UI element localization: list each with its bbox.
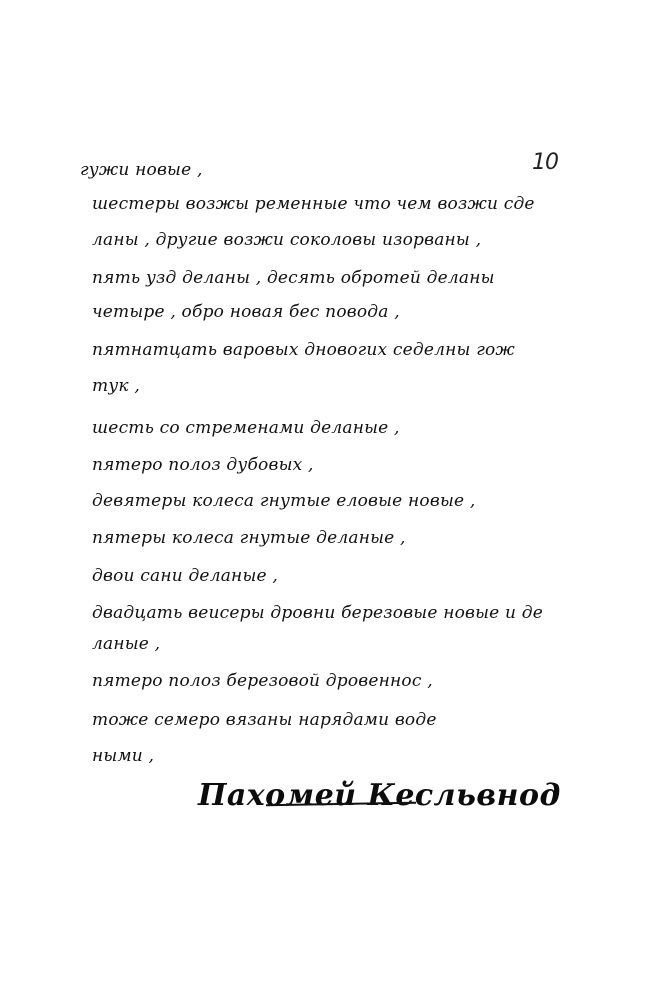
signature: Пахомей Кесльвнод: [198, 778, 561, 813]
manuscript-line-9: пятеро полоз дубовых ,: [92, 455, 314, 475]
manuscript-line-14: ланые ,: [92, 634, 160, 654]
manuscript-line-12: двои сани деланые ,: [92, 566, 278, 586]
manuscript-line-10: девятеры колеса гнутые еловые новые ,: [92, 491, 475, 511]
manuscript-line-16: тоже семеро вязаны нарядами воде: [92, 710, 437, 730]
manuscript-line-13: двадцать веисеры дровни березовые новые …: [92, 603, 543, 623]
page-number: 10: [532, 150, 558, 175]
manuscript-line-1: гужи новые ,: [80, 160, 203, 180]
manuscript-line-5: четыре , обро новая бес повода ,: [92, 302, 400, 322]
manuscript-line-8: шесть со стременами деланые ,: [92, 418, 400, 438]
manuscript-line-6: пятнатцать варовых дновогих седелны гож: [92, 340, 515, 360]
manuscript-line-15: пятеро полоз березовой дровеннос ,: [92, 671, 433, 691]
manuscript-page: 10 гужи новые , шестеры возжы ременные ч…: [0, 0, 652, 992]
manuscript-line-17: ными ,: [92, 746, 154, 766]
manuscript-line-7: тук ,: [92, 376, 140, 396]
manuscript-line-2: шестеры возжы ременные что чем возжи сде: [92, 194, 535, 214]
manuscript-line-3: ланы , другие возжи соколовы изорваны ,: [92, 230, 481, 250]
manuscript-line-4: пять узд деланы , десять обротей деланы: [92, 268, 495, 288]
manuscript-line-11: пятеры колеса гнутые деланые ,: [92, 528, 406, 548]
